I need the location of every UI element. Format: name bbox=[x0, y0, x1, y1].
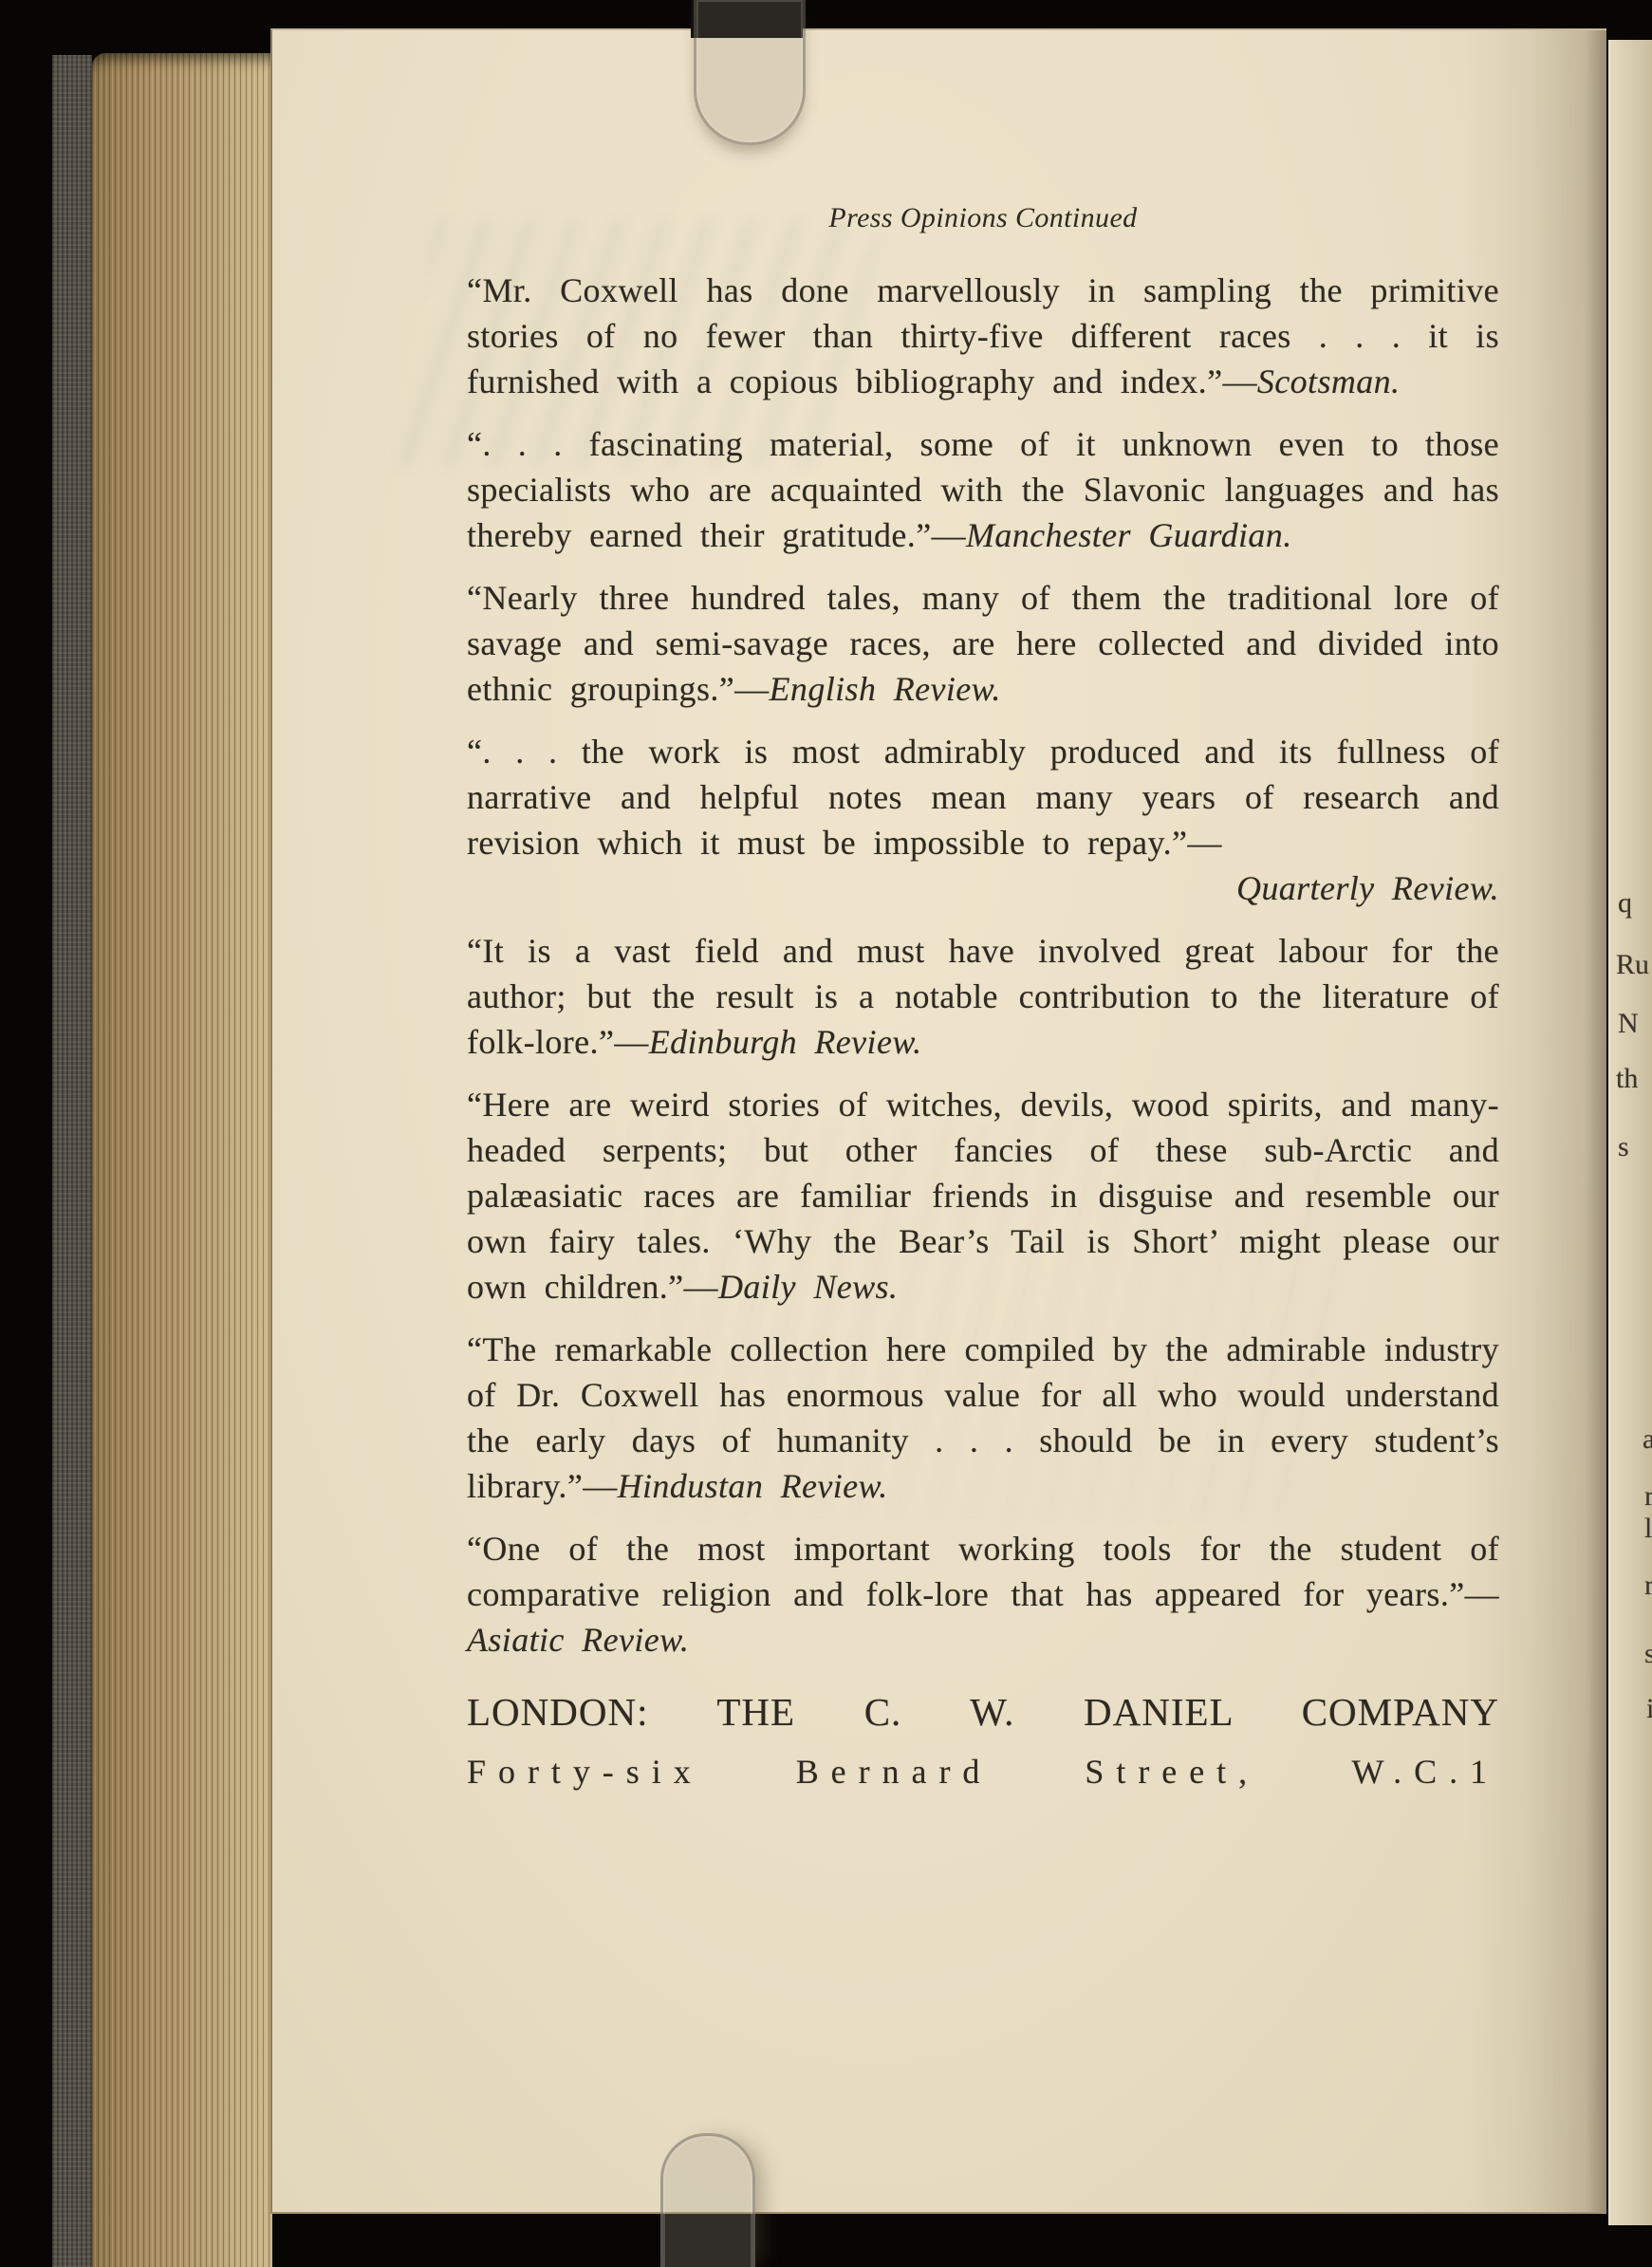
edge-text-fragment: th bbox=[1616, 1063, 1638, 1095]
review-paragraph: “One of the most important working tools… bbox=[467, 1526, 1499, 1663]
facing-page-sliver: q Ru N th s a r l r s i bbox=[1608, 40, 1652, 2225]
edge-text-fragment: a bbox=[1643, 1423, 1652, 1456]
review-source: Edinburgh Review. bbox=[649, 1023, 922, 1061]
review-paragraph: “It is a vast field and must have involv… bbox=[467, 928, 1499, 1065]
edge-text-fragment: N bbox=[1618, 1008, 1639, 1040]
review-quote: “It is a vast field and must have involv… bbox=[467, 932, 1499, 1061]
book-cover-edge bbox=[52, 55, 92, 2267]
imprint-address-line: Forty-six Bernard Street, W.C.1 bbox=[467, 1748, 1499, 1795]
review-source: Hindustan Review. bbox=[618, 1467, 888, 1505]
review-paragraph: “. . . the work is most admirably produc… bbox=[467, 729, 1499, 911]
review-quote: “. . . the work is most admirably produc… bbox=[467, 733, 1499, 862]
cradle-strap-bottom-loop bbox=[660, 2133, 755, 2267]
review-paragraph: “. . . fascinating material, some of it … bbox=[467, 421, 1499, 558]
imprint-publisher-line: LONDON: THE C. W. DANIEL COMPANY bbox=[467, 1687, 1499, 1737]
review-paragraph: “The remarkable collection here compiled… bbox=[467, 1327, 1499, 1509]
edge-text-fragment: l bbox=[1644, 1513, 1652, 1545]
review-paragraph: “Nearly three hundred tales, many of the… bbox=[467, 575, 1499, 712]
review-source: Asiatic Review. bbox=[467, 1621, 689, 1659]
review-source: Scotsman. bbox=[1257, 362, 1401, 400]
review-source: Manchester Guardian. bbox=[966, 516, 1292, 554]
photo-backdrop: Press Opinions Continued “Mr. Coxwell ha… bbox=[0, 0, 1652, 2267]
review-source: Quarterly Review. bbox=[467, 865, 1499, 911]
review-paragraph: “Mr. Coxwell has done marvellously in sa… bbox=[467, 268, 1499, 404]
review-paragraph: “Here are weird stories of witches, devi… bbox=[467, 1082, 1499, 1310]
review-quote: “Here are weird stories of witches, devi… bbox=[467, 1086, 1499, 1306]
review-source: Daily News. bbox=[718, 1268, 898, 1306]
edge-text-fragment: s bbox=[1644, 1638, 1652, 1670]
review-quote: “One of the most important working tools… bbox=[467, 1530, 1499, 1613]
edge-text-fragment: r bbox=[1644, 1570, 1652, 1602]
edge-text-fragment: q bbox=[1618, 887, 1632, 920]
edge-text-fragment: Ru bbox=[1616, 949, 1649, 981]
edge-text-fragment: s bbox=[1618, 1131, 1629, 1163]
review-source: English Review. bbox=[770, 670, 1001, 708]
running-head: Press Opinions Continued bbox=[467, 201, 1499, 235]
reviews: “Mr. Coxwell has done marvellously in sa… bbox=[467, 268, 1499, 1663]
book-page: Press Opinions Continued “Mr. Coxwell ha… bbox=[270, 28, 1606, 2214]
edge-text-fragment: r bbox=[1644, 1480, 1652, 1513]
page-stack-fore-edge bbox=[92, 53, 272, 2267]
cradle-strap-top-loop bbox=[694, 0, 806, 145]
edge-text-fragment: i bbox=[1646, 1693, 1652, 1725]
